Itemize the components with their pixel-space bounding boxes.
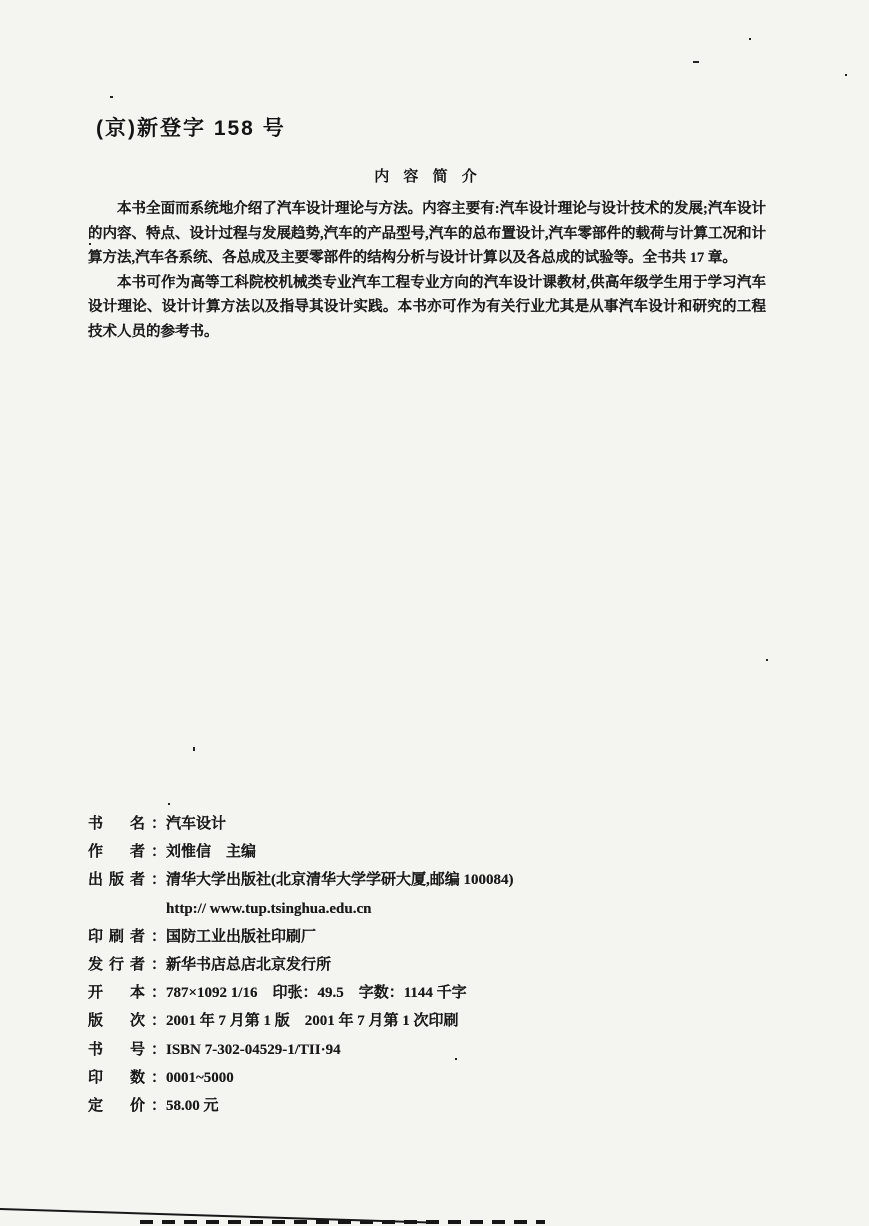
colophon-label: 发行者： (88, 951, 166, 979)
colophon-value: 清华大学出版社(北京清华大学学研大厦,邮编 100084) (166, 866, 514, 894)
colophon-label: 版 次： (88, 1007, 166, 1035)
scan-speck (455, 1058, 457, 1060)
colophon-value: 58.00 元 (166, 1092, 219, 1120)
colophon-label: 书 号： (88, 1036, 166, 1064)
colophon-row-url: http:// www.tup.tsinghua.edu.cn (88, 895, 708, 923)
colophon-row-format: 开 本：787×1092 1/16 印张：49.5 字数：1144 千字 (88, 979, 708, 1007)
colophon-row-print-run: 印 数：0001~5000 (88, 1064, 708, 1092)
colophon-row-isbn: 书 号：ISBN 7-302-04529-1/TII·94 (88, 1036, 708, 1064)
scan-speck (193, 747, 195, 751)
colophon-block: 书 名：汽车设计 作 者：刘惟信 主编 出版者：清华大学出版社(北京清华大学学研… (88, 810, 708, 1120)
colophon-row-price: 定 价：58.00 元 (88, 1092, 708, 1120)
colophon-row-title: 书 名：汽车设计 (88, 810, 708, 838)
colophon-row-publisher: 出版者：清华大学出版社(北京清华大学学研大厦,邮编 100084) (88, 866, 708, 894)
scan-speck (693, 61, 699, 63)
colophon-value: 2001 年 7 月第 1 版 2001 年 7 月第 1 次印刷 (166, 1007, 459, 1035)
section-heading: 内 容 简 介 (88, 165, 768, 186)
scan-speck (168, 803, 170, 805)
scan-speck (766, 659, 768, 661)
scan-speck (89, 243, 91, 245)
colophon-label: 印刷者： (88, 923, 166, 951)
colophon-value: 汽车设计 (166, 810, 226, 838)
colophon-row-printer: 印刷者：国防工业出版社印刷厂 (88, 923, 708, 951)
registration-number: (京)新登字 158 号 (96, 112, 286, 142)
scan-speck (845, 74, 847, 76)
scan-speck (110, 96, 113, 98)
colophon-row-distributor: 发行者：新华书店总店北京发行所 (88, 951, 708, 979)
colophon-value: 787×1092 1/16 印张：49.5 字数：1144 千字 (166, 979, 467, 1007)
colophon-row-author: 作 者：刘惟信 主编 (88, 838, 708, 866)
colophon-row-edition: 版 次：2001 年 7 月第 1 版 2001 年 7 月第 1 次印刷 (88, 1007, 708, 1035)
colophon-label: 开 本： (88, 979, 166, 1007)
colophon-value: 刘惟信 主编 (166, 838, 256, 866)
colophon-value: 0001~5000 (166, 1064, 234, 1092)
colophon-label: 印 数： (88, 1064, 166, 1092)
colophon-label: 书 名： (88, 810, 166, 838)
abstract-paragraph: 本书全面而系统地介绍了汽车设计理论与方法。内容主要有:汽车设计理论与设计技术的发… (88, 197, 766, 271)
colophon-value: 新华书店总店北京发行所 (166, 951, 331, 979)
book-copyright-page: (京)新登字 158 号 内 容 简 介 本书全面而系统地介绍了汽车设计理论与方… (0, 0, 869, 1226)
colophon-label: 定 价： (88, 1092, 166, 1120)
scan-edge-dashes (140, 1220, 545, 1224)
isbn-number: ISBN 7-302-04529-1/TII·94 (166, 1036, 341, 1064)
publisher-url: http:// www.tup.tsinghua.edu.cn (166, 895, 371, 923)
colophon-label: 作 者： (88, 838, 166, 866)
colophon-value: 国防工业出版社印刷厂 (166, 923, 316, 951)
colophon-label: 出版者： (88, 866, 166, 894)
abstract-paragraph: 本书可作为高等工科院校机械类专业汽车工程专业方向的汽车设计课教材,供高年级学生用… (88, 271, 766, 345)
content-abstract: 本书全面而系统地介绍了汽车设计理论与方法。内容主要有:汽车设计理论与设计技术的发… (88, 197, 766, 344)
scan-speck (749, 38, 751, 40)
